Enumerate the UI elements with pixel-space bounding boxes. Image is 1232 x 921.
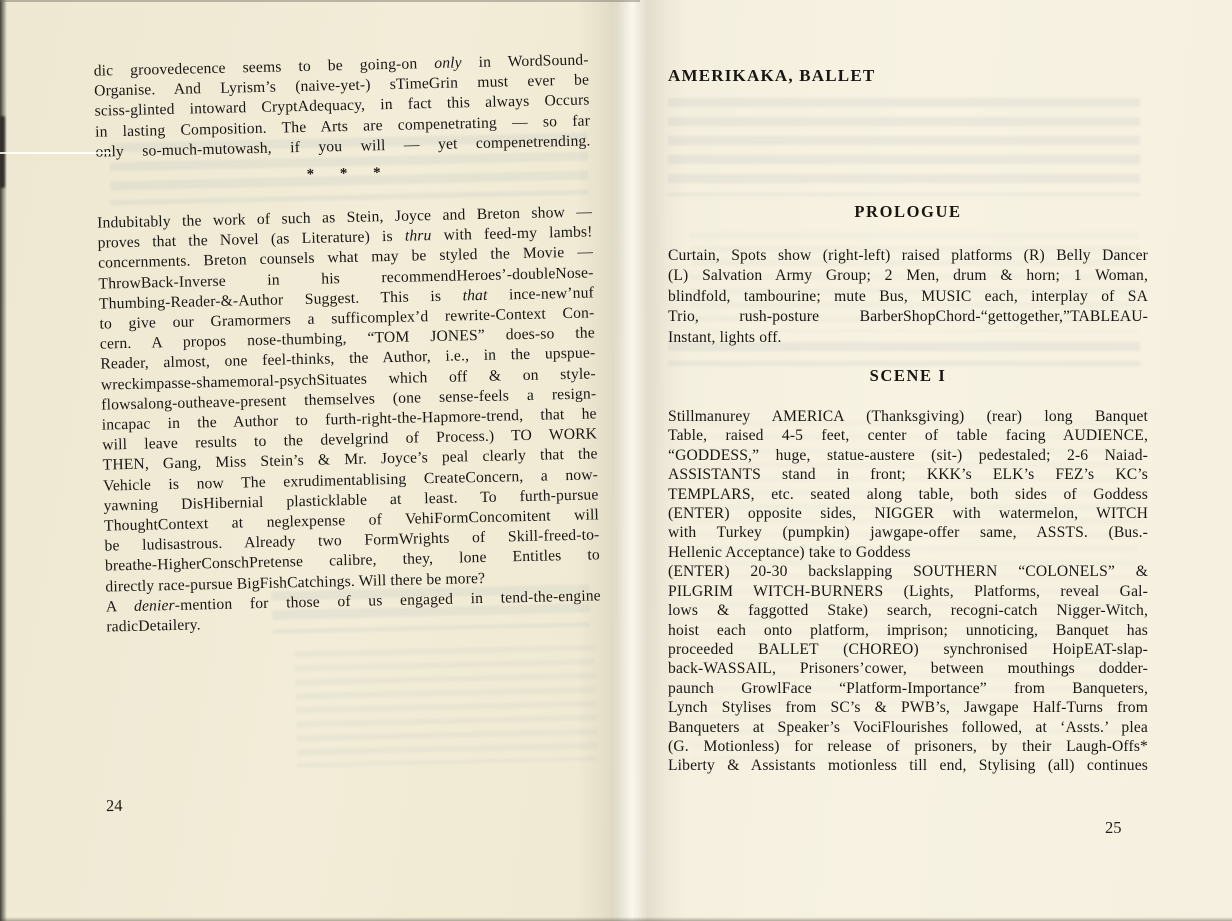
- text-line: lows & faggotted Stake) search, recogni-…: [668, 601, 1148, 620]
- text-segment: (G. Motionless) for release of prisoners…: [668, 738, 1148, 755]
- text-segment: blindfold, tambourine; mute Bus, MUSIC e…: [668, 288, 1148, 305]
- italic-text: denier: [134, 597, 175, 615]
- text-line: Banqueters at Speaker’s VociFlourishes f…: [668, 718, 1148, 737]
- text-line: Curtain, Spots show (right-left) raised …: [668, 246, 1148, 266]
- text-segment: radicDetailery.: [106, 616, 201, 635]
- text-line: (ENTER) 20-30 backslapping SOUTHERN “COL…: [668, 562, 1148, 581]
- text-segment: ince-new’nuf: [487, 284, 594, 303]
- text-line: (G. Motionless) for release of prisoners…: [668, 737, 1148, 756]
- text-segment: back-WASSAIL, Prisoners’cower, between m…: [668, 660, 1148, 677]
- text-line: TEMPLARS, etc. seated along table, both …: [668, 485, 1148, 504]
- heading-scene-1: SCENE I: [668, 366, 1148, 386]
- text-segment: TEMPLARS, etc. seated along table, both …: [668, 486, 1148, 503]
- text-line: Hellenic Acceptance) take to Goddess: [668, 543, 1148, 562]
- text-segment: Instant, lights off.: [668, 329, 782, 346]
- scan-scratch: [0, 152, 112, 154]
- italic-text: thru: [405, 227, 432, 245]
- text-segment: A: [106, 598, 135, 616]
- text-segment: Hellenic Acceptance) take to Goddess: [668, 544, 911, 561]
- text-segment: Stillmanurey AMERICA (Thanksgiving) (rea…: [668, 408, 1148, 425]
- scene-1-paragraph: Stillmanurey AMERICA (Thanksgiving) (rea…: [668, 407, 1148, 776]
- chapter-header: AMERIKAKA, BALLET: [668, 66, 1148, 86]
- italic-text: only: [434, 54, 462, 72]
- text-line: ASSISTANTS stand in front; KKK’s ELK’s F…: [668, 465, 1148, 484]
- text-line: blindfold, tambourine; mute Bus, MUSIC e…: [668, 287, 1148, 307]
- text-line: paunch GrowlFace “Platform-Importance” f…: [668, 679, 1148, 698]
- left-paragraph-1: dic groovedecence seems to be going-on o…: [94, 50, 591, 162]
- text-line: proceeded BALLET (CHOREO) synchronised H…: [668, 640, 1148, 659]
- text-segment: Banqueters at Speaker’s VociFlourishes f…: [668, 719, 1148, 736]
- heading-prologue: PROLOGUE: [668, 202, 1148, 222]
- text-segment: Trio, rush-posture BarberShopChord-“gett…: [668, 308, 1148, 325]
- text-line: (ENTER) opposite sides, NIGGER with wate…: [668, 504, 1148, 523]
- text-line: PILGRIM WITCH-BURNERS (Lights, Platforms…: [668, 582, 1148, 601]
- text-line: (L) Salvation Army Group; 2 Men, drum & …: [668, 266, 1148, 286]
- right-page-text: AMERIKAKA, BALLET PROLOGUE Curtain, Spot…: [668, 66, 1148, 776]
- text-line: Lynch Stylises from SC’s & PWB’s, Jawgap…: [668, 698, 1148, 717]
- text-line: “GODDESS,” huge, statue-austere (sit-) p…: [668, 446, 1148, 465]
- left-paragraph-2: Indubitably the work of such as Stein, J…: [97, 202, 601, 637]
- text-line: Table, raised 4-5 feet, center of table …: [668, 426, 1148, 445]
- text-segment: in WordSound-: [462, 51, 589, 71]
- page-number-right: 25: [1105, 818, 1122, 838]
- text-line: Instant, lights off.: [668, 328, 1148, 348]
- italic-text: that: [462, 287, 487, 305]
- text-segment: Liberty & Assistants motionless till end…: [668, 757, 1148, 774]
- scan-bottom-edge: [0, 917, 1232, 921]
- section-separator: * * *: [96, 160, 591, 191]
- book-scan: dic groovedecence seems to be going-on o…: [0, 0, 1232, 921]
- text-segment: with Turkey (pumpkin) jawgape-offer same…: [668, 524, 1148, 541]
- scan-top-edge: [0, 0, 640, 2]
- prologue-paragraph: Curtain, Spots show (right-left) raised …: [668, 246, 1148, 348]
- text-line: Stillmanurey AMERICA (Thanksgiving) (rea…: [668, 407, 1148, 426]
- text-segment: (L) Salvation Army Group; 2 Men, drum & …: [668, 267, 1148, 284]
- text-line: Trio, rush-posture BarberShopChord-“gett…: [668, 307, 1148, 327]
- text-segment: (ENTER) 20-30 backslapping SOUTHERN “COL…: [668, 563, 1148, 580]
- text-segment: PILGRIM WITCH-BURNERS (Lights, Platforms…: [668, 583, 1148, 600]
- text-line: hoist each onto platform, imprison; unno…: [668, 621, 1148, 640]
- text-segment: proceeded BALLET (CHOREO) synchronised H…: [668, 641, 1148, 658]
- text-line: with Turkey (pumpkin) jawgape-offer same…: [668, 523, 1148, 542]
- text-segment: Lynch Stylises from SC’s & PWB’s, Jawgap…: [668, 699, 1148, 716]
- text-segment: Curtain, Spots show (right-left) raised …: [668, 247, 1148, 264]
- page-number-left: 24: [106, 796, 123, 816]
- text-segment: ASSISTANTS stand in front; KKK’s ELK’s F…: [668, 466, 1148, 483]
- text-segment: (ENTER) opposite sides, NIGGER with wate…: [668, 505, 1148, 522]
- text-segment: Table, raised 4-5 feet, center of table …: [668, 427, 1148, 444]
- text-line: back-WASSAIL, Prisoners’cower, between m…: [668, 659, 1148, 678]
- text-line: Liberty & Assistants motionless till end…: [668, 756, 1148, 775]
- text-segment: with feed-my lambs!: [431, 224, 592, 245]
- text-segment: “GODDESS,” huge, statue-austere (sit-) p…: [668, 447, 1148, 464]
- text-segment: lows & faggotted Stake) search, recogni-…: [668, 602, 1148, 619]
- text-segment: paunch GrowlFace “Platform-Importance” f…: [668, 680, 1148, 697]
- text-segment: hoist each onto platform, imprison; unno…: [668, 622, 1148, 639]
- left-page-text: dic groovedecence seems to be going-on o…: [94, 50, 602, 637]
